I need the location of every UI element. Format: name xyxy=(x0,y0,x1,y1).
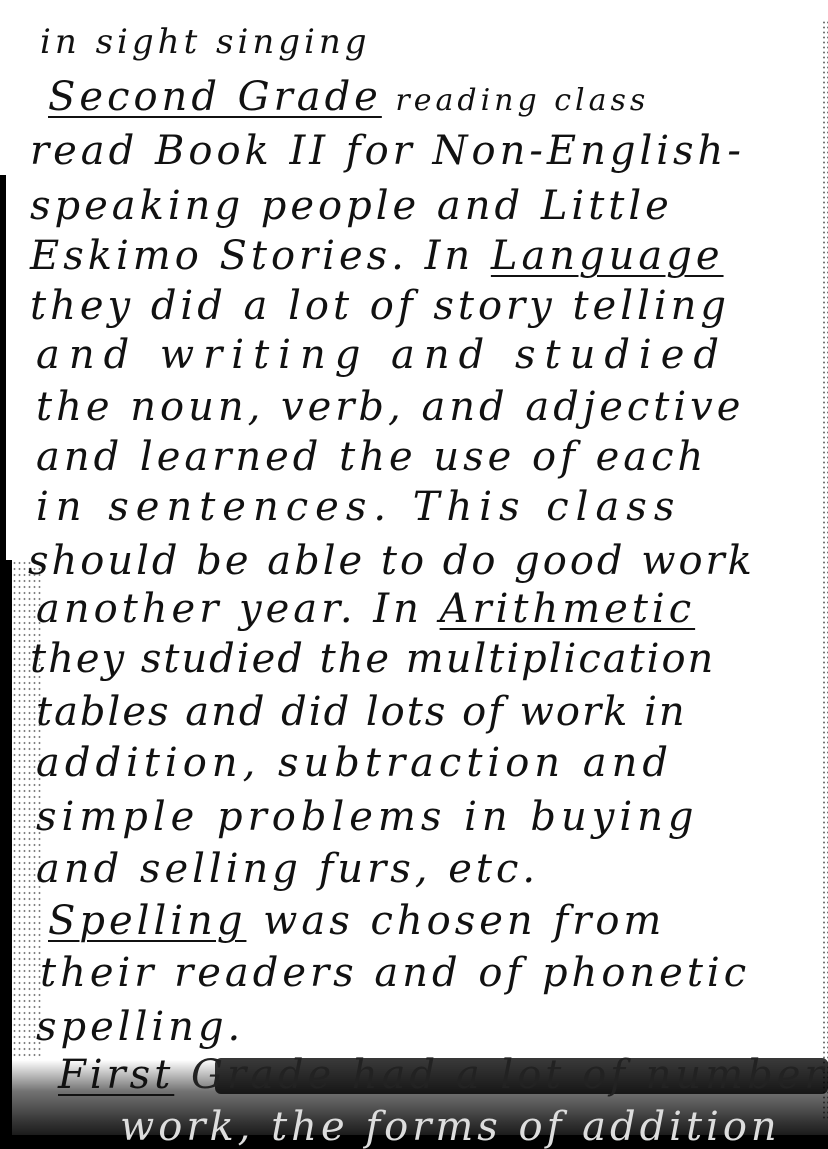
text-line-14: tables and did lots of work in xyxy=(36,689,687,735)
text-line-9: and learned the use of each xyxy=(36,434,707,480)
scanned-handwritten-page: in sight singing Second Grade reading cl… xyxy=(0,0,828,1149)
line-text: tables and did lots of work in xyxy=(36,689,687,735)
line-text: and learned the use of each xyxy=(36,434,707,480)
text-line-16: simple problems in buying xyxy=(36,794,698,840)
text-line-15: addition, subtraction and xyxy=(36,740,673,786)
line-text: another year. In xyxy=(36,586,440,632)
text-line-10: in sentences. This class xyxy=(36,484,681,530)
line-text: read Book II for Non-English- xyxy=(30,128,745,174)
line-text: reading class xyxy=(382,83,649,118)
line-text: speaking people and Little xyxy=(30,183,673,229)
text-line-20: spelling. xyxy=(36,1004,244,1050)
heading-first-grade: First xyxy=(58,1052,174,1098)
text-line-7: and writing and studied xyxy=(36,332,728,378)
heading-language: Language xyxy=(491,233,724,279)
line-text-obscured: work, the forms of addition xyxy=(120,1104,781,1149)
text-line-3: read Book II for Non-English- xyxy=(30,128,745,174)
text-line-1: in sight singing xyxy=(40,22,371,62)
text-line-2: Second Grade reading class xyxy=(48,74,649,120)
line-text: addition, subtraction and xyxy=(36,740,673,786)
text-line-19: their readers and of phonetic xyxy=(40,950,750,996)
text-line-4: speaking people and Little xyxy=(30,183,673,229)
text-line-5: Eskimo Stories. In Language xyxy=(30,233,724,279)
text-line-12: another year. In Arithmetic xyxy=(36,586,695,632)
text-line-6: they did a lot of story telling xyxy=(30,283,730,329)
text-line-18: Spelling was chosen from xyxy=(48,898,665,944)
line-text: in sight singing xyxy=(40,22,371,62)
line-text: and selling furs, etc. xyxy=(36,846,539,892)
heading-arithmetic: Arithmetic xyxy=(440,586,696,632)
line-text-obscured: Grade had a lot of number xyxy=(174,1052,827,1098)
line-text: they did a lot of story telling xyxy=(30,283,730,329)
text-line-11: should be able to do good work xyxy=(28,538,755,584)
line-text: the noun, verb, and adjective xyxy=(36,384,744,430)
line-text: in sentences. This class xyxy=(36,484,681,530)
line-text: simple problems in buying xyxy=(36,794,698,840)
line-text: spelling. xyxy=(36,1004,244,1050)
line-text: was chosen from xyxy=(246,898,665,944)
heading-second-grade: Second Grade xyxy=(48,74,382,120)
heading-spelling: Spelling xyxy=(48,898,246,944)
line-text: should be able to do good work xyxy=(28,538,755,584)
line-text: Eskimo Stories. In xyxy=(30,233,491,279)
text-line-8: the noun, verb, and adjective xyxy=(36,384,744,430)
line-text: and writing and studied xyxy=(36,332,728,378)
line-text: their readers and of phonetic xyxy=(40,950,750,996)
text-line-21: First Grade had a lot of number xyxy=(58,1052,828,1098)
text-line-13: they studied the multiplication xyxy=(30,636,715,682)
scan-right-edge-noise xyxy=(822,20,828,1120)
text-line-17: and selling furs, etc. xyxy=(36,846,539,892)
text-line-22: work, the forms of addition xyxy=(120,1104,781,1149)
line-text: they studied the multiplication xyxy=(30,636,715,682)
